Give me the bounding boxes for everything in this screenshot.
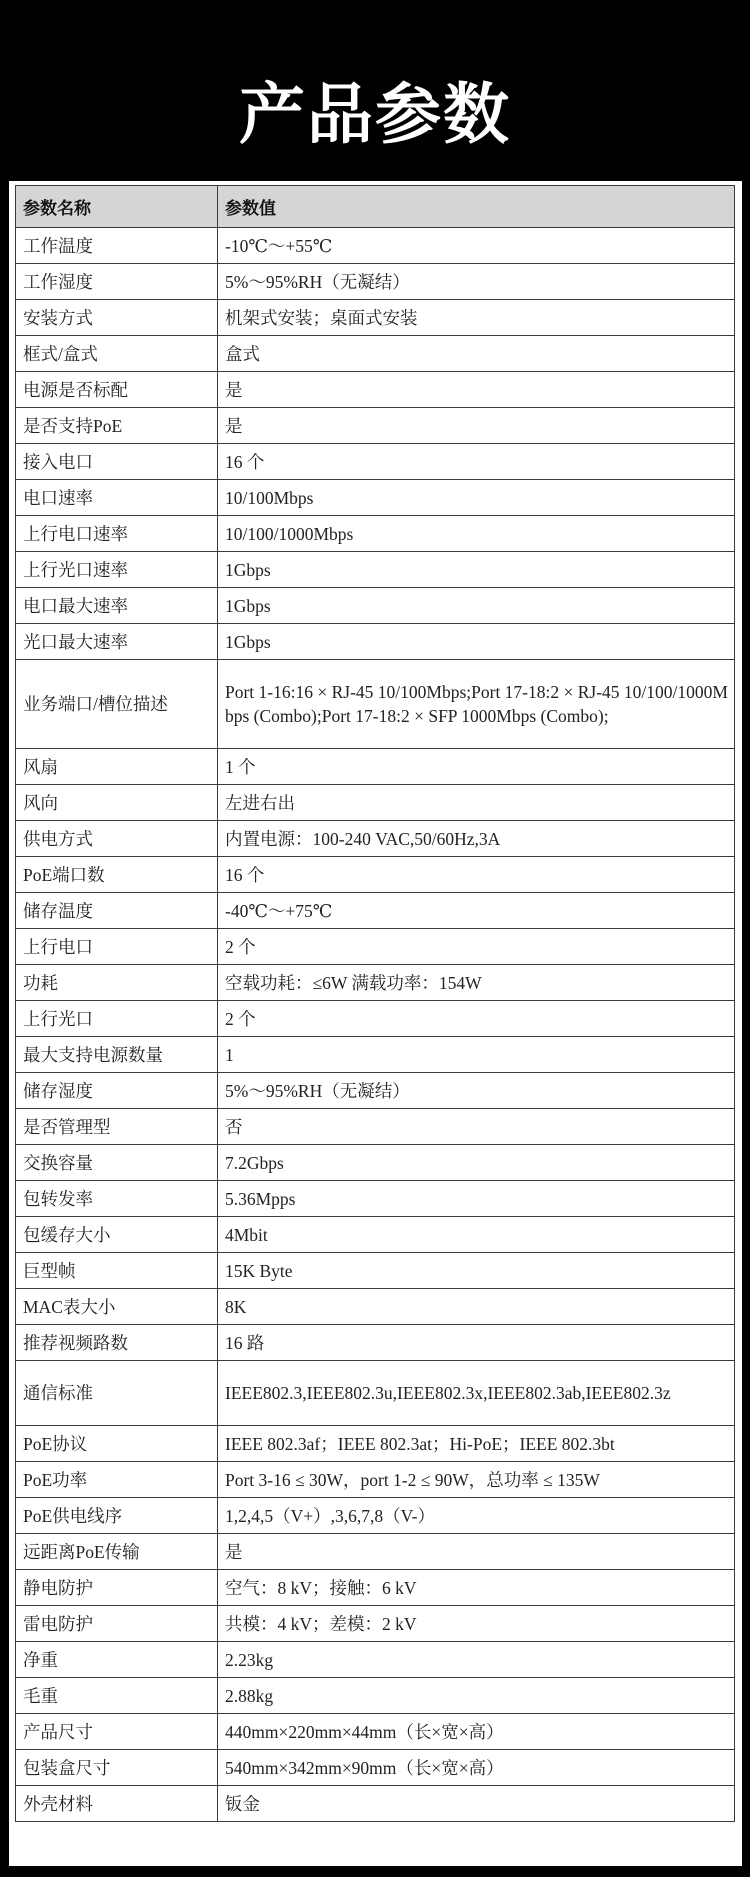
table-row: 接入电口16 个 xyxy=(16,444,735,480)
table-row: 供电方式内置电源：100-240 VAC,50/60Hz,3A xyxy=(16,821,735,857)
param-name: 上行光口 xyxy=(16,1001,218,1037)
param-name: 毛重 xyxy=(16,1678,218,1714)
param-name: 巨型帧 xyxy=(16,1253,218,1289)
param-value: 16 个 xyxy=(218,857,735,893)
param-name: 上行电口速率 xyxy=(16,516,218,552)
param-name: 接入电口 xyxy=(16,444,218,480)
param-value: Port 1-16:16 × RJ-45 10/100Mbps;Port 17-… xyxy=(218,660,735,749)
param-name: MAC表大小 xyxy=(16,1289,218,1325)
param-value: 钣金 xyxy=(218,1786,735,1822)
table-row: 远距离PoE传输是 xyxy=(16,1534,735,1570)
param-name: 工作温度 xyxy=(16,228,218,264)
param-name: 业务端口/槽位描述 xyxy=(16,660,218,749)
param-name: 框式/盒式 xyxy=(16,336,218,372)
param-name: 静电防护 xyxy=(16,1570,218,1606)
param-value: 是 xyxy=(218,1534,735,1570)
param-value: 空载功耗：≤6W 满载功率：154W xyxy=(218,965,735,1001)
param-value: 5%～95%RH（无凝结） xyxy=(218,264,735,300)
table-row: 雷电防护共模：4 kV；差模：2 kV xyxy=(16,1606,735,1642)
param-value: 共模：4 kV；差模：2 kV xyxy=(218,1606,735,1642)
table-row: 上行电口2 个 xyxy=(16,929,735,965)
param-value: 左进右出 xyxy=(218,785,735,821)
table-row: 功耗空载功耗：≤6W 满载功率：154W xyxy=(16,965,735,1001)
param-name: 包转发率 xyxy=(16,1181,218,1217)
param-name: 功耗 xyxy=(16,965,218,1001)
param-name: PoE协议 xyxy=(16,1426,218,1462)
spec-table: 参数名称 参数值 工作温度-10℃～+55℃ 工作湿度5%～95%RH（无凝结）… xyxy=(15,185,735,1822)
param-value: 8K xyxy=(218,1289,735,1325)
param-value: IEEE 802.3af；IEEE 802.3at；Hi-PoE；IEEE 80… xyxy=(218,1426,735,1462)
table-row: 工作湿度5%～95%RH（无凝结） xyxy=(16,264,735,300)
param-name: 风向 xyxy=(16,785,218,821)
param-name: 雷电防护 xyxy=(16,1606,218,1642)
param-name: 电源是否标配 xyxy=(16,372,218,408)
param-value: 内置电源：100-240 VAC,50/60Hz,3A xyxy=(218,821,735,857)
table-row: 工作温度-10℃～+55℃ xyxy=(16,228,735,264)
param-name: 通信标准 xyxy=(16,1361,218,1426)
param-value: 16 路 xyxy=(218,1325,735,1361)
table-row: 推荐视频路数16 路 xyxy=(16,1325,735,1361)
param-name: 包缓存大小 xyxy=(16,1217,218,1253)
param-value: 10/100/1000Mbps xyxy=(218,516,735,552)
param-value: IEEE802.3,IEEE802.3u,IEEE802.3x,IEEE802.… xyxy=(218,1361,735,1426)
table-row: 电口速率10/100Mbps xyxy=(16,480,735,516)
table-row: PoE供电线序1,2,4,5（V+）,3,6,7,8（V-） xyxy=(16,1498,735,1534)
table-row: 框式/盒式盒式 xyxy=(16,336,735,372)
param-value: 1Gbps xyxy=(218,588,735,624)
param-value: -10℃～+55℃ xyxy=(218,228,735,264)
param-value: 1 xyxy=(218,1037,735,1073)
param-value: 盒式 xyxy=(218,336,735,372)
table-row: 毛重2.88kg xyxy=(16,1678,735,1714)
param-value: 7.2Gbps xyxy=(218,1145,735,1181)
param-value: 2.23kg xyxy=(218,1642,735,1678)
param-name: 储存温度 xyxy=(16,893,218,929)
header-param-name: 参数名称 xyxy=(16,186,218,228)
table-row: 产品尺寸440mm×220mm×44mm（长×宽×高） xyxy=(16,1714,735,1750)
param-value: 否 xyxy=(218,1109,735,1145)
table-row: 通信标准IEEE802.3,IEEE802.3u,IEEE802.3x,IEEE… xyxy=(16,1361,735,1426)
param-name: 光口最大速率 xyxy=(16,624,218,660)
param-name: 是否管理型 xyxy=(16,1109,218,1145)
table-body: 工作温度-10℃～+55℃ 工作湿度5%～95%RH（无凝结） 安装方式机架式安… xyxy=(16,228,735,1822)
table-row: PoE协议IEEE 802.3af；IEEE 802.3at；Hi-PoE；IE… xyxy=(16,1426,735,1462)
param-name: 上行光口速率 xyxy=(16,552,218,588)
param-name: 外壳材料 xyxy=(16,1786,218,1822)
table-row: 包装盒尺寸540mm×342mm×90mm（长×宽×高） xyxy=(16,1750,735,1786)
param-value: 空气：8 kV；接触：6 kV xyxy=(218,1570,735,1606)
table-row: 包转发率5.36Mpps xyxy=(16,1181,735,1217)
param-value: 4Mbit xyxy=(218,1217,735,1253)
param-name: 储存湿度 xyxy=(16,1073,218,1109)
param-name: 安装方式 xyxy=(16,300,218,336)
param-name: 推荐视频路数 xyxy=(16,1325,218,1361)
table-row: 储存温度-40℃～+75℃ xyxy=(16,893,735,929)
table-row: 风扇1 个 xyxy=(16,749,735,785)
table-row: 最大支持电源数量1 xyxy=(16,1037,735,1073)
table-row: 业务端口/槽位描述Port 1-16:16 × RJ-45 10/100Mbps… xyxy=(16,660,735,749)
param-value: 15K Byte xyxy=(218,1253,735,1289)
table-row: 静电防护空气：8 kV；接触：6 kV xyxy=(16,1570,735,1606)
table-row: 上行光口2 个 xyxy=(16,1001,735,1037)
table-row: MAC表大小8K xyxy=(16,1289,735,1325)
param-value: 10/100Mbps xyxy=(218,480,735,516)
param-name: 交换容量 xyxy=(16,1145,218,1181)
table-row: PoE端口数16 个 xyxy=(16,857,735,893)
table-row: 交换容量7.2Gbps xyxy=(16,1145,735,1181)
table-row: PoE功率Port 3-16 ≤ 30W，port 1-2 ≤ 90W，总功率 … xyxy=(16,1462,735,1498)
table-row: 安装方式机架式安装；桌面式安装 xyxy=(16,300,735,336)
table-row: 电口最大速率1Gbps xyxy=(16,588,735,624)
table-row: 光口最大速率1Gbps xyxy=(16,624,735,660)
table-row: 风向左进右出 xyxy=(16,785,735,821)
param-value: 540mm×342mm×90mm（长×宽×高） xyxy=(218,1750,735,1786)
param-value: 2 个 xyxy=(218,1001,735,1037)
param-value: 5%～95%RH（无凝结） xyxy=(218,1073,735,1109)
param-value: 1Gbps xyxy=(218,624,735,660)
param-name: 供电方式 xyxy=(16,821,218,857)
table-row: 外壳材料钣金 xyxy=(16,1786,735,1822)
param-name: 电口最大速率 xyxy=(16,588,218,624)
param-value: 是 xyxy=(218,372,735,408)
title-band: 产品参数 xyxy=(0,0,750,181)
param-name: 最大支持电源数量 xyxy=(16,1037,218,1073)
param-value: 1Gbps xyxy=(218,552,735,588)
header-param-value: 参数值 xyxy=(218,186,735,228)
table-row: 是否支持PoE是 xyxy=(16,408,735,444)
page-title: 产品参数 xyxy=(0,76,750,154)
table-row: 净重2.23kg xyxy=(16,1642,735,1678)
param-value: 1 个 xyxy=(218,749,735,785)
table-header-row: 参数名称 参数值 xyxy=(16,186,735,228)
param-value: 16 个 xyxy=(218,444,735,480)
param-value: 机架式安装；桌面式安装 xyxy=(218,300,735,336)
table-row: 储存湿度5%～95%RH（无凝结） xyxy=(16,1073,735,1109)
table-row: 上行光口速率1Gbps xyxy=(16,552,735,588)
param-name: PoE功率 xyxy=(16,1462,218,1498)
param-value: 5.36Mpps xyxy=(218,1181,735,1217)
param-value: 1,2,4,5（V+）,3,6,7,8（V-） xyxy=(218,1498,735,1534)
param-name: 净重 xyxy=(16,1642,218,1678)
table-row: 巨型帧15K Byte xyxy=(16,1253,735,1289)
param-value: Port 3-16 ≤ 30W，port 1-2 ≤ 90W，总功率 ≤ 135… xyxy=(218,1462,735,1498)
param-name: 远距离PoE传输 xyxy=(16,1534,218,1570)
param-value: 440mm×220mm×44mm（长×宽×高） xyxy=(218,1714,735,1750)
param-name: 包装盒尺寸 xyxy=(16,1750,218,1786)
table-row: 电源是否标配是 xyxy=(16,372,735,408)
param-name: PoE端口数 xyxy=(16,857,218,893)
table-row: 包缓存大小4Mbit xyxy=(16,1217,735,1253)
table-row: 是否管理型否 xyxy=(16,1109,735,1145)
table-row: 上行电口速率10/100/1000Mbps xyxy=(16,516,735,552)
param-value: 是 xyxy=(218,408,735,444)
param-name: 电口速率 xyxy=(16,480,218,516)
param-value: 2.88kg xyxy=(218,1678,735,1714)
param-name: 工作湿度 xyxy=(16,264,218,300)
param-value: 2 个 xyxy=(218,929,735,965)
param-name: 风扇 xyxy=(16,749,218,785)
param-name: PoE供电线序 xyxy=(16,1498,218,1534)
param-name: 产品尺寸 xyxy=(16,1714,218,1750)
param-name: 上行电口 xyxy=(16,929,218,965)
param-value: -40℃～+75℃ xyxy=(218,893,735,929)
param-name: 是否支持PoE xyxy=(16,408,218,444)
